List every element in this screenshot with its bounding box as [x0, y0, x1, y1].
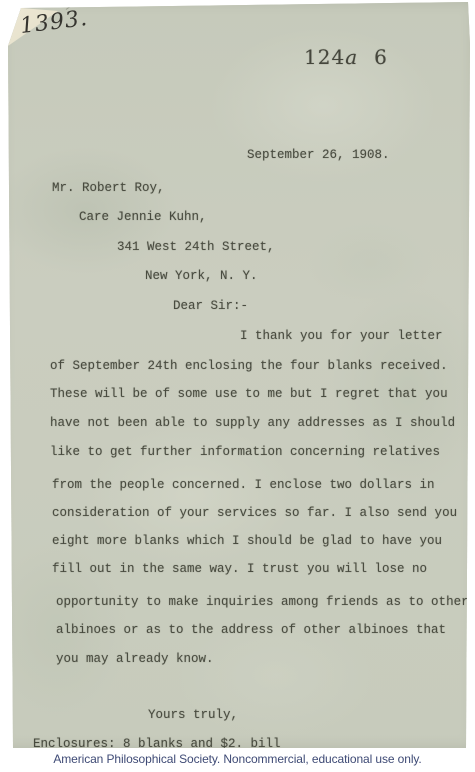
stamp-suffix: a — [345, 45, 358, 69]
stamp-page-number: 6 — [374, 45, 388, 69]
recipient-street-line: 341 West 24th Street, — [117, 240, 275, 254]
stamp-number: 124 — [304, 45, 345, 69]
body-line: consideration of your services so far. I… — [52, 506, 457, 520]
usage-caption: American Philosophical Society. Noncomme… — [0, 752, 475, 766]
body-line: you may already know. — [56, 652, 214, 666]
letter-paper: 1393. 124a6 September 26, 1908. Mr. Robe… — [0, 0, 475, 750]
recipient-name-line: Mr. Robert Roy, — [52, 181, 165, 195]
body-line: albinoes or as to the address of other a… — [56, 623, 446, 637]
body-line: like to get further information concerni… — [50, 445, 440, 459]
archive-stamp: 124a6 — [304, 45, 388, 69]
body-line: from the people concerned. I enclose two… — [52, 478, 435, 492]
enclosures-line: Enclosures: 8 blanks and $2. bill — [33, 737, 281, 751]
scanned-letter-page: 1393. 124a6 September 26, 1908. Mr. Robe… — [0, 0, 475, 772]
letter-date-line: September 26, 1908. — [247, 148, 390, 162]
body-line: of September 24th enclosing the four bla… — [50, 359, 448, 373]
salutation-line: Dear Sir:- — [173, 299, 248, 313]
body-line: have not been able to supply any address… — [50, 416, 455, 430]
body-line: I thank you for your letter — [240, 329, 443, 343]
closing-line: Yours truly, — [148, 708, 238, 722]
body-line: eight more blanks which I should be glad… — [52, 534, 442, 548]
body-line: fill out in the same way. I trust you wi… — [52, 562, 427, 576]
recipient-city-line: New York, N. Y. — [145, 269, 258, 283]
body-line: These will be of some use to me but I re… — [50, 387, 448, 401]
body-line: opportunity to make inquiries among frie… — [56, 595, 469, 609]
recipient-care-line: Care Jennie Kuhn, — [79, 210, 207, 224]
